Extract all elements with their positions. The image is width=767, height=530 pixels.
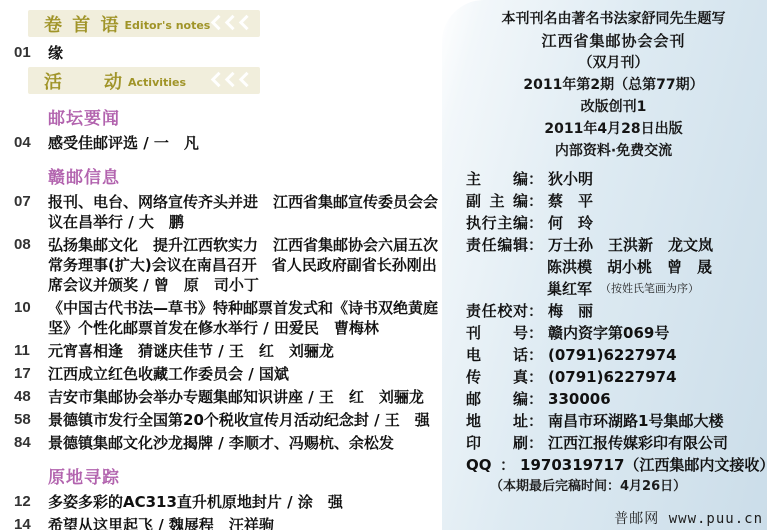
field-colon: ： bbox=[528, 344, 543, 366]
field-address: 地址： 南昌市环湖路1号集邮大楼 bbox=[466, 410, 761, 432]
issue-number: 2011年第2期（总第77期） bbox=[466, 74, 761, 96]
toc-item: 01 缘 bbox=[14, 43, 445, 63]
field-label: QQ bbox=[466, 454, 500, 476]
page-number: 84 bbox=[14, 433, 48, 453]
section-bar-activities: 活 动 Activities bbox=[28, 67, 260, 94]
field-value: 何 玲 bbox=[548, 212, 593, 234]
field-value: 狄小明 bbox=[548, 168, 593, 190]
field-value: 330006 bbox=[548, 388, 611, 410]
section-bar-editors-notes: 卷 首 语 Editor's notes bbox=[28, 10, 260, 37]
page-number: 04 bbox=[14, 133, 48, 153]
field-colon: ： bbox=[528, 168, 543, 190]
field-label: 主编 bbox=[466, 168, 528, 190]
field-value: 南昌市环湖路1号集邮大楼 bbox=[548, 410, 723, 432]
chevrons-left-icon bbox=[210, 74, 252, 85]
field-postcode: 邮编： 330006 bbox=[466, 388, 761, 410]
field-colon: ： bbox=[528, 300, 543, 322]
toc-item: 17 江西成立红色收藏工作委员会 / 国斌 bbox=[14, 364, 445, 384]
field-label: 传真 bbox=[466, 366, 528, 388]
toc-group-title-youtan: 邮坛要闻 bbox=[48, 104, 445, 129]
field-executive-editor: 执行主编： 何 玲 bbox=[466, 212, 761, 234]
toc-item: 07 报刊、电台、网络宣传齐头并进 江西省集邮宣传委员会会议在昌举行 / 大 鹏 bbox=[14, 192, 445, 232]
field-phone: 电话： (0791)6227974 bbox=[466, 344, 761, 366]
field-chief-editor: 主编： 狄小明 bbox=[466, 168, 761, 190]
toc-group-title-ganyou: 赣邮信息 bbox=[48, 163, 445, 188]
item-text: 多姿多彩的AC313直升机原地封片 / 涂 强 bbox=[48, 492, 445, 512]
field-value: (0791)6227974 bbox=[548, 344, 677, 366]
page-number: 58 bbox=[14, 410, 48, 430]
item-text: 弘扬集邮文化 提升江西软实力 江西省集邮协会六届五次常务理事(扩大)会议在南昌召… bbox=[48, 235, 445, 295]
field-qq: QQ： 1970319717（江西集邮内文接收） bbox=[466, 454, 761, 476]
toc-item: 10 《中国古代书法—草书》特种邮票首发式和《诗书双绝黄庭坚》个性化邮票首发在修… bbox=[14, 298, 445, 338]
toc-item: 08 弘扬集邮文化 提升江西软实力 江西省集邮协会六届五次常务理事(扩大)会议在… bbox=[14, 235, 445, 295]
field-fax: 传真： (0791)6227974 bbox=[466, 366, 761, 388]
toc-column: 卷 首 语 Editor's notes 01 缘 活 动 Activities… bbox=[0, 0, 445, 530]
section-title-en: Activities bbox=[128, 76, 186, 89]
distribution-note: 内部资料·免费交流 bbox=[466, 140, 761, 162]
masthead-panel: 本刊刊名由著名书法家舒同先生题写 江西省集邮协会会刊 （双月刊） 2011年第2… bbox=[442, 0, 767, 530]
section-title-en: Editor's notes bbox=[125, 19, 211, 32]
field-value: 陈洪模 胡小桃 曾 晟 bbox=[547, 256, 712, 278]
field-colon: ： bbox=[528, 322, 543, 344]
field-colon: ： bbox=[528, 190, 543, 212]
field-colon: ： bbox=[528, 212, 543, 234]
field-publication-number: 刊号： 赣内资字第069号 bbox=[466, 322, 761, 344]
field-label: 责任编辑 bbox=[466, 234, 528, 256]
toc-group-title-yuandi: 原地寻踪 bbox=[48, 463, 445, 488]
toc-item: 11 元宵喜相逢 猜谜庆佳节 / 王 红 刘骊龙 bbox=[14, 341, 445, 361]
field-label: 副主编 bbox=[466, 190, 528, 212]
toc-item: 58 景德镇市发行全国第20个税收宣传月活动纪念封 / 王 强 bbox=[14, 410, 445, 430]
item-text: 江西成立红色收藏工作委员会 / 国斌 bbox=[48, 364, 445, 384]
site-watermark: 普邮网 www.puu.cn bbox=[614, 508, 763, 528]
field-value: 1970319717（江西集邮内文接收） bbox=[520, 454, 767, 476]
journal-name: 江西省集邮协会会刊 bbox=[466, 30, 761, 52]
field-label: 邮编 bbox=[466, 388, 528, 410]
page-number: 48 bbox=[14, 387, 48, 407]
field-colon: ： bbox=[500, 454, 515, 476]
masthead-top: 本刊刊名由著名书法家舒同先生题写 江西省集邮协会会刊 （双月刊） 2011年第2… bbox=[466, 8, 761, 162]
calligraphy-credit: 本刊刊名由著名书法家舒同先生题写 bbox=[466, 8, 761, 30]
field-value: 蔡 平 bbox=[548, 190, 593, 212]
journal-frequency: （双月刊） bbox=[466, 52, 761, 74]
item-text: 景德镇市发行全国第20个税收宣传月活动纪念封 / 王 强 bbox=[48, 410, 445, 430]
item-text: 《中国古代书法—草书》特种邮票首发式和《诗书双绝黄庭坚》个性化邮票首发在修水举行… bbox=[48, 298, 445, 338]
field-value: 梅 丽 bbox=[548, 300, 593, 322]
page-number: 17 bbox=[14, 364, 48, 384]
item-text: 感受佳邮评选 / 一 凡 bbox=[48, 133, 445, 153]
item-text: 缘 bbox=[48, 43, 445, 63]
toc-item: 04 感受佳邮评选 / 一 凡 bbox=[14, 133, 445, 153]
field-value: 赣内资字第069号 bbox=[548, 322, 669, 344]
field-editors-continued: 巢红军 （按姓氏笔画为序） bbox=[466, 278, 761, 300]
field-label: 执行主编 bbox=[466, 212, 528, 234]
chevrons-left-icon bbox=[210, 17, 252, 28]
item-text: 报刊、电台、网络宣传齐头并进 江西省集邮宣传委员会会议在昌举行 / 大 鹏 bbox=[48, 192, 445, 232]
field-value: 万士孙 王洪新 龙文岚 bbox=[548, 234, 713, 256]
field-label: 电话 bbox=[466, 344, 528, 366]
publish-date: 2011年4月28日出版 bbox=[466, 118, 761, 140]
page-number: 07 bbox=[14, 192, 48, 232]
field-colon: ： bbox=[528, 234, 543, 256]
section-title-cn: 卷 首 语 bbox=[44, 11, 121, 37]
field-colon: ： bbox=[528, 432, 543, 454]
field-value: (0791)6227974 bbox=[548, 366, 677, 388]
field-colon: ： bbox=[528, 366, 543, 388]
item-text: 元宵喜相逢 猜谜庆佳节 / 王 红 刘骊龙 bbox=[48, 341, 445, 361]
item-text: 景德镇集邮文化沙龙揭牌 / 李顺才、冯赐杭、余松发 bbox=[48, 433, 445, 453]
page-number: 12 bbox=[14, 492, 48, 512]
page-number: 10 bbox=[14, 298, 48, 338]
page-number: 01 bbox=[14, 43, 48, 63]
toc-item: 84 景德镇集邮文化沙龙揭牌 / 李顺才、冯赐杭、余松发 bbox=[14, 433, 445, 453]
item-text: 吉安市集邮协会举办专题集邮知识讲座 / 王 红 刘骊龙 bbox=[48, 387, 445, 407]
masthead-fields: 主编： 狄小明 副主编： 蔡 平 执行主编： 何 玲 责任编辑： 万士孙 王洪新… bbox=[466, 168, 761, 497]
field-value: 江西江报传媒彩印有限公司 bbox=[548, 432, 728, 454]
editors-order-note: （按姓氏笔画为序） bbox=[600, 278, 699, 300]
page-number: 11 bbox=[14, 341, 48, 361]
toc-item: 14 希望从这里起飞 / 魏展程 汪祥驹 bbox=[14, 515, 445, 530]
field-label: 印刷 bbox=[466, 432, 528, 454]
field-colon: ： bbox=[528, 410, 543, 432]
toc-item: 48 吉安市集邮协会举办专题集邮知识讲座 / 王 红 刘骊龙 bbox=[14, 387, 445, 407]
field-printer: 印刷： 江西江报传媒彩印有限公司 bbox=[466, 432, 761, 454]
field-deputy-editor: 副主编： 蔡 平 bbox=[466, 190, 761, 212]
section-title-cn: 活 动 bbox=[44, 68, 124, 94]
page-number: 14 bbox=[14, 515, 48, 530]
toc-item: 12 多姿多彩的AC313直升机原地封片 / 涂 强 bbox=[14, 492, 445, 512]
field-proofreader: 责任校对： 梅 丽 bbox=[466, 300, 761, 322]
page-number: 08 bbox=[14, 235, 48, 295]
field-responsible-editors: 责任编辑： 万士孙 王洪新 龙文岚 bbox=[466, 234, 761, 256]
field-editors-continued: 陈洪模 胡小桃 曾 晟 bbox=[466, 256, 761, 278]
relaunch-note: 改版创刊1 bbox=[466, 96, 761, 118]
field-label: 责任校对 bbox=[466, 300, 528, 322]
deadline-note: （本期最后完稿时间：4月26日） bbox=[490, 477, 761, 497]
field-value: 巢红军 bbox=[547, 278, 592, 300]
field-colon: ： bbox=[528, 388, 543, 410]
field-label: 地址 bbox=[466, 410, 528, 432]
field-label: 刊号 bbox=[466, 322, 528, 344]
item-text: 希望从这里起飞 / 魏展程 汪祥驹 bbox=[48, 515, 445, 530]
